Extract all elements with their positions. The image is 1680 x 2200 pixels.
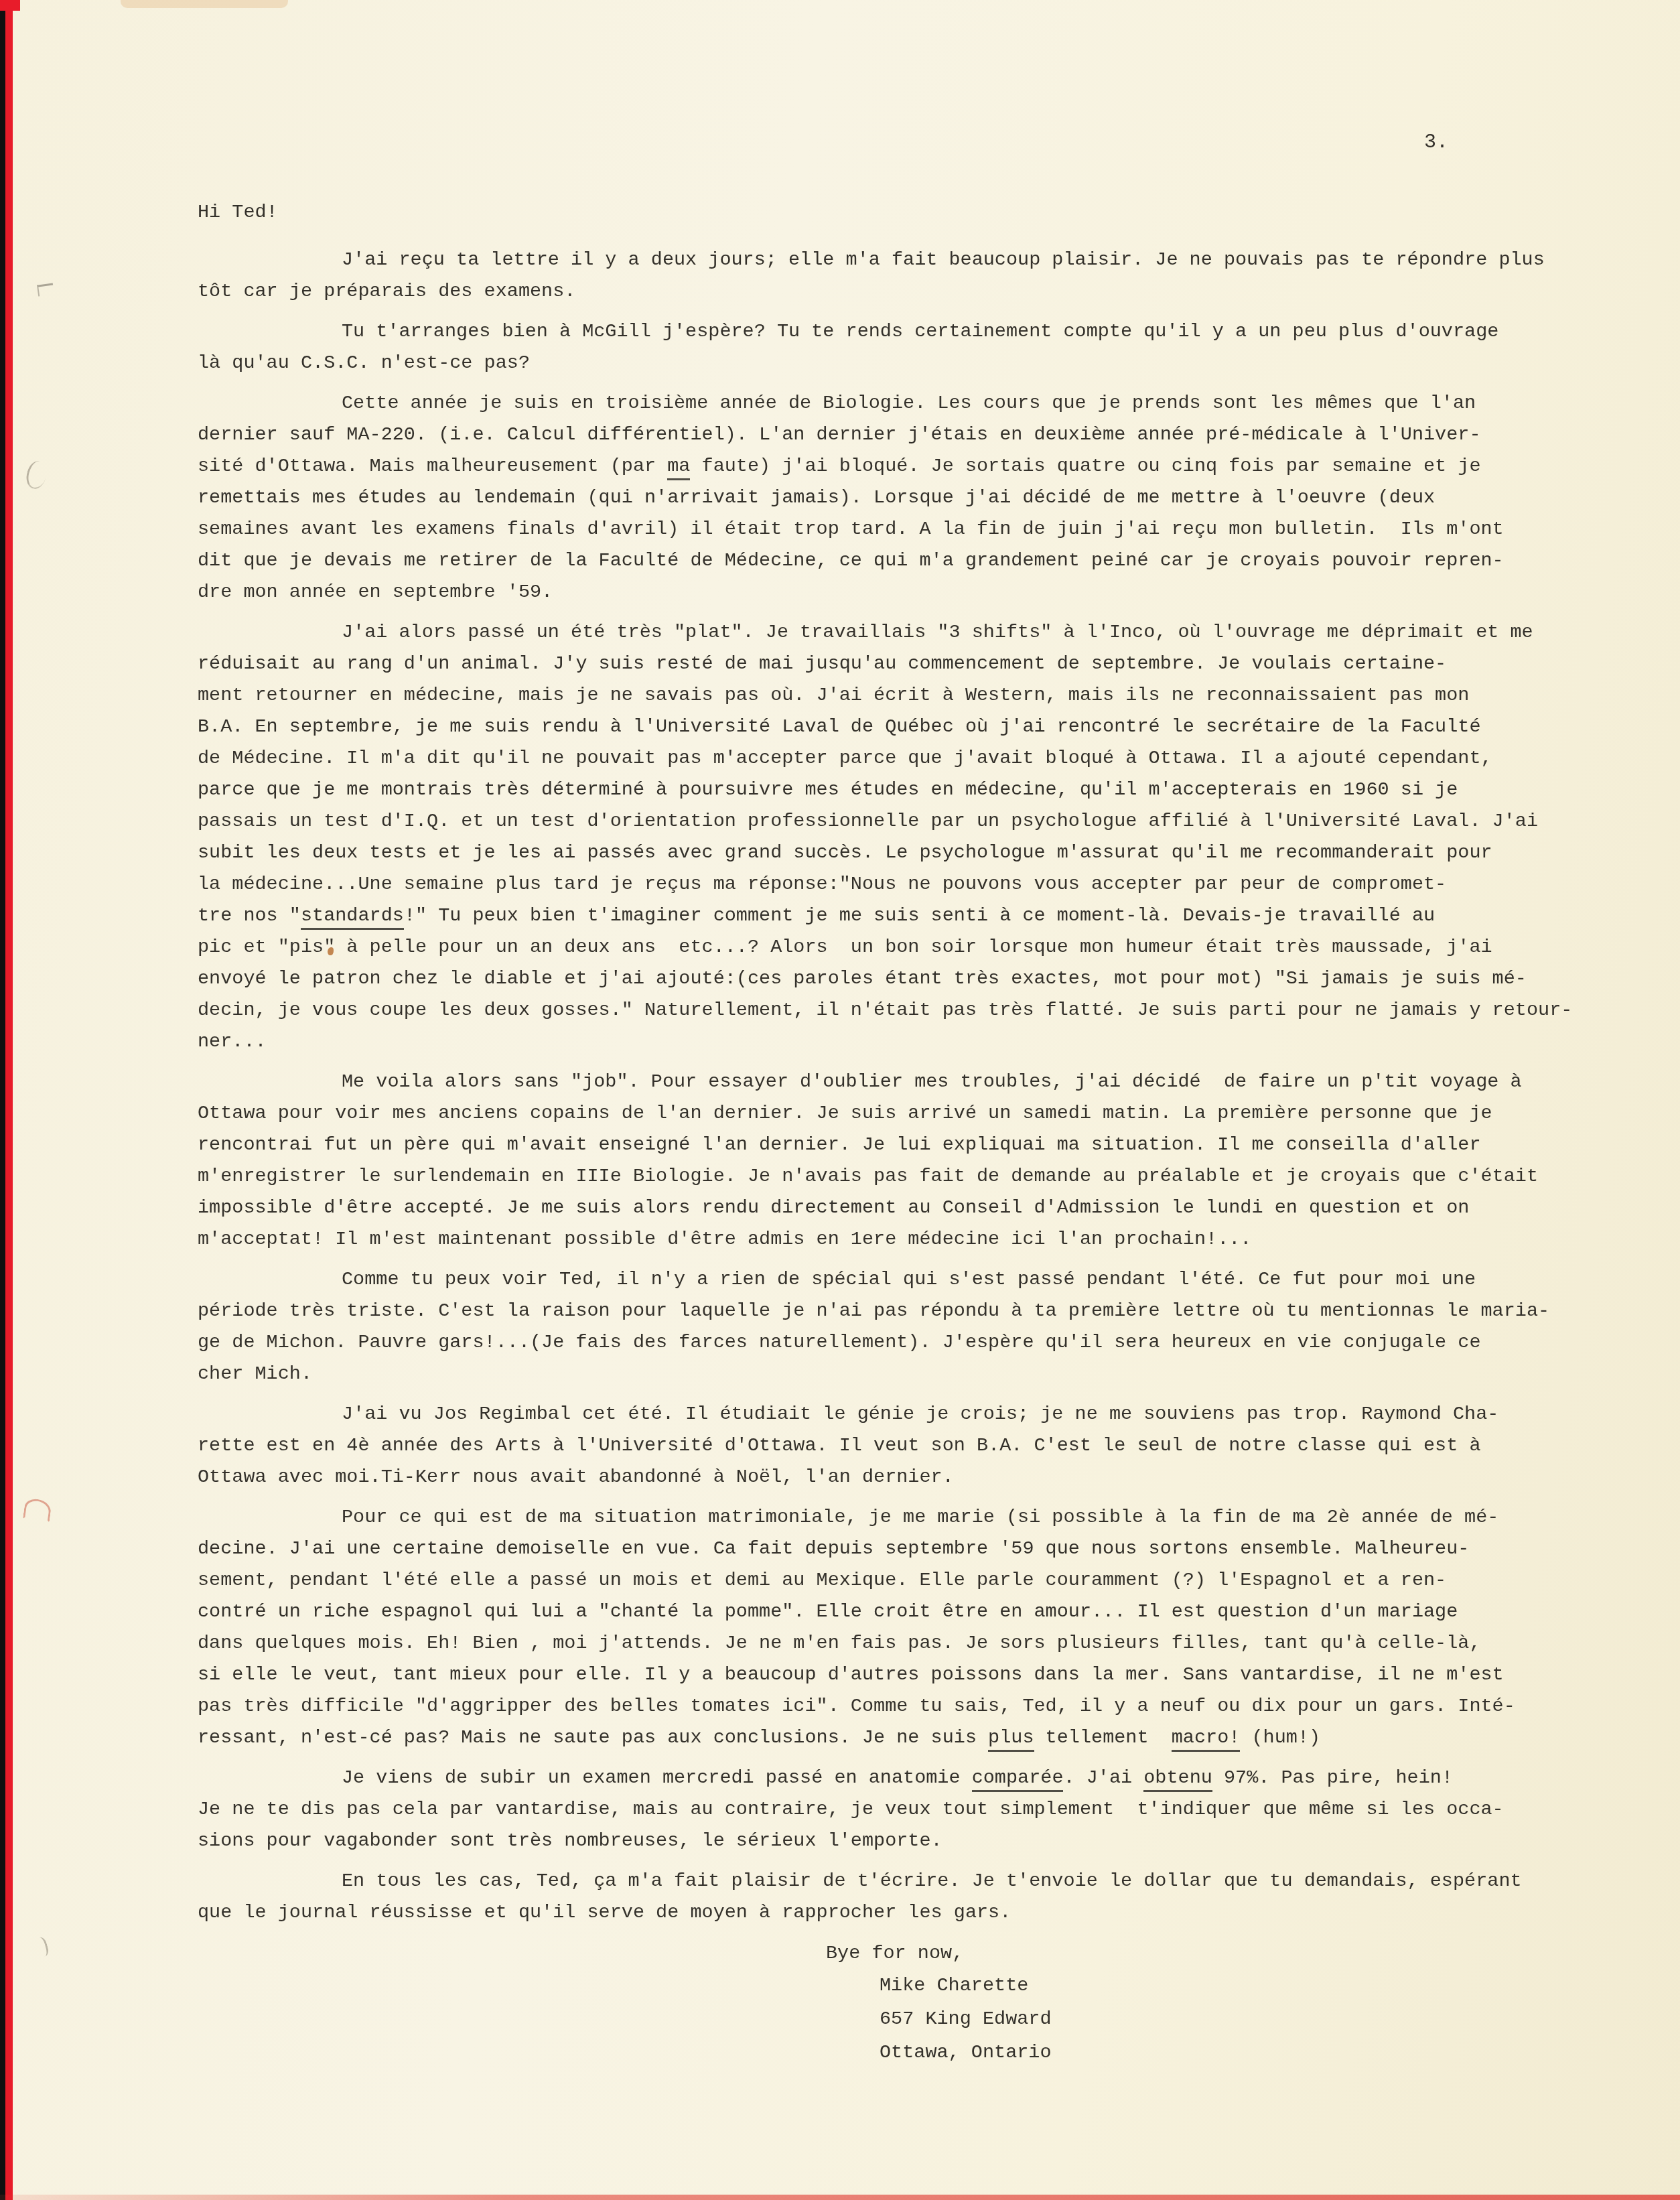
letter-line: rencontrai fut un père qui m'avait ensei… — [198, 1129, 1564, 1160]
letter-page: 3. Hi Ted! J'ai reçu ta lettre il y a de… — [0, 0, 1680, 2200]
letter-line: là qu'au C.S.C. n'est-ce pas? — [198, 347, 1564, 379]
letter-line: pas très difficile "d'aggripper des bell… — [198, 1690, 1564, 1722]
letter-line: Ottawa pour voir mes anciens copains de … — [198, 1097, 1564, 1129]
letter-line: m'enregistrer le surlendemain en IIIe Bi… — [198, 1160, 1564, 1192]
paragraph: Me voila alors sans "job". Pour essayer … — [198, 1066, 1564, 1255]
margin-pencil-mark — [37, 283, 54, 296]
letter-line: J'ai vu Jos Regimbal cet été. Il étudiai… — [198, 1398, 1564, 1430]
letter-line: m'acceptat! Il m'est maintenant possible… — [198, 1223, 1564, 1255]
top-edge-smudge — [121, 0, 288, 8]
left-edge-red-strip — [5, 0, 13, 2200]
letter-line: ge de Michon. Pauvre gars!...(Je fais de… — [198, 1326, 1564, 1358]
letter-line: réduisait au rang d'un animal. J'y suis … — [198, 648, 1564, 679]
letter-line: ment retourner en médecine, mais je ne s… — [198, 679, 1564, 711]
paragraph: J'ai alors passé un été très "plat". Je … — [198, 616, 1564, 1057]
left-edge-black-strip — [0, 0, 5, 2200]
farewell-line: Bye for now, — [826, 1937, 1564, 1969]
paragraph: Je viens de subir un examen mercredi pas… — [198, 1762, 1564, 1856]
letter-line: dit que je devais me retirer de la Facul… — [198, 545, 1564, 576]
letter-line: Cette année je suis en troisième année d… — [198, 387, 1564, 419]
letter-line: J'ai reçu ta lettre il y a deux jours; e… — [198, 244, 1564, 275]
page-number: 3. — [1424, 131, 1448, 154]
letter-line: subit les deux tests et je les ai passés… — [198, 837, 1564, 868]
letter-line: En tous les cas, Ted, ça m'a fait plaisi… — [198, 1865, 1564, 1897]
letter-line: decine. J'ai une certaine demoiselle en … — [198, 1533, 1564, 1564]
signature-block: Bye for now, Mike Charette 657 King Edwa… — [198, 1937, 1564, 2069]
letter-line: que le journal réussisse et qu'il serve … — [198, 1897, 1564, 1928]
letter-line: ressant, n'est-cé pas? Mais ne saute pas… — [198, 1722, 1564, 1753]
letter-line: dre mon année en septembre '59. — [198, 576, 1564, 608]
paragraphs-container: J'ai reçu ta lettre il y a deux jours; e… — [198, 244, 1564, 1928]
letter-line: période très triste. C'est la raison pou… — [198, 1295, 1564, 1326]
margin-red-scribble — [23, 1497, 52, 1522]
paragraph: Cette année je suis en troisième année d… — [198, 387, 1564, 608]
letter-line: dans quelques mois. Eh! Bien , moi j'att… — [198, 1627, 1564, 1659]
margin-pencil-mark — [31, 1936, 50, 1960]
letter-line: semaines avant les examens finals d'avri… — [198, 513, 1564, 545]
letter-line: decin, je vous coupe les deux gosses." N… — [198, 994, 1564, 1026]
letter-line: ner... — [198, 1026, 1564, 1057]
salutation: Hi Ted! — [198, 201, 278, 223]
letter-line: Ottawa avec moi.Ti-Kerr nous avait aband… — [198, 1461, 1564, 1493]
paragraph: Pour ce qui est de ma situation matrimon… — [198, 1501, 1564, 1753]
paragraph: Tu t'arranges bien à McGill j'espère? Tu… — [198, 316, 1564, 379]
letter-line: pic et "pis" à pelle pour un an deux ans… — [198, 931, 1564, 963]
letter-line: tôt car je préparais des examens. — [198, 275, 1564, 307]
letter-line: contré un riche espagnol qui lui a "chan… — [198, 1596, 1564, 1627]
letter-line: remettais mes études au lendemain (qui n… — [198, 482, 1564, 513]
letter-line: Comme tu peux voir Ted, il n'y a rien de… — [198, 1263, 1564, 1295]
signature-name: Mike Charette — [880, 1969, 1564, 2002]
letter-line: Je ne te dis pas cela par vantardise, ma… — [198, 1793, 1564, 1825]
letter-line: J'ai alors passé un été très "plat". Je … — [198, 616, 1564, 648]
paragraph: J'ai vu Jos Regimbal cet été. Il étudiai… — [198, 1398, 1564, 1493]
letter-line: de Médecine. Il m'a dit qu'il ne pouvait… — [198, 742, 1564, 774]
letter-line: tre nos "standards!" Tu peux bien t'imag… — [198, 900, 1564, 931]
letter-body: J'ai reçu ta lettre il y a deux jours; e… — [198, 244, 1564, 2069]
letter-line: passais un test d'I.Q. et un test d'orie… — [198, 805, 1564, 837]
paragraph: J'ai reçu ta lettre il y a deux jours; e… — [198, 244, 1564, 307]
letter-line: Tu t'arranges bien à McGill j'espère? Tu… — [198, 316, 1564, 347]
letter-line: dernier sauf MA-220. (i.e. Calcul différ… — [198, 419, 1564, 450]
letter-line: impossible d'être accepté. Je me suis al… — [198, 1192, 1564, 1223]
bottom-edge-red-strip — [0, 2195, 1680, 2200]
letter-line: sité d'Ottawa. Mais malheureusement (par… — [198, 450, 1564, 482]
letter-line: sement, pendant l'été elle a passé un mo… — [198, 1564, 1564, 1596]
letter-line: Pour ce qui est de ma situation matrimon… — [198, 1501, 1564, 1533]
margin-pencil-mark — [23, 459, 49, 491]
paragraph: En tous les cas, Ted, ça m'a fait plaisi… — [198, 1865, 1564, 1928]
letter-line: la médecine...Une semaine plus tard je r… — [198, 868, 1564, 900]
letter-line: envoyé le patron chez le diable et j'ai … — [198, 963, 1564, 994]
letter-line: Me voila alors sans "job". Pour essayer … — [198, 1066, 1564, 1097]
letter-line: rette est en 4è année des Arts à l'Unive… — [198, 1430, 1564, 1461]
letter-line: sions pour vagabonder sont très nombreus… — [198, 1825, 1564, 1856]
letter-line: B.A. En septembre, je me suis rendu à l'… — [198, 711, 1564, 742]
letter-line: cher Mich. — [198, 1358, 1564, 1389]
signature-address-city: Ottawa, Ontario — [880, 2036, 1564, 2069]
letter-line: parce que je me montrais très déterminé … — [198, 774, 1564, 805]
letter-line: si elle le veut, tant mieux pour elle. I… — [198, 1659, 1564, 1690]
signature-address-street: 657 King Edward — [880, 2002, 1564, 2036]
top-left-red-mark — [0, 0, 20, 11]
letter-line: Je viens de subir un examen mercredi pas… — [198, 1762, 1564, 1793]
paragraph: Comme tu peux voir Ted, il n'y a rien de… — [198, 1263, 1564, 1389]
